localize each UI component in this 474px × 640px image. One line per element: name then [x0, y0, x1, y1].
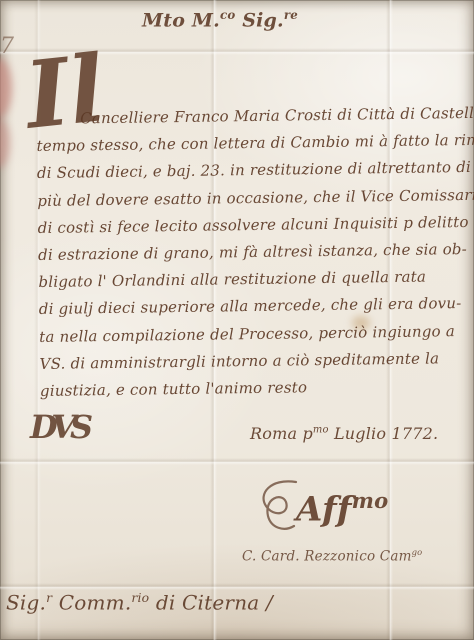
salutation-part: Mto	[142, 9, 185, 31]
signature-flourish-icon	[250, 476, 302, 536]
dateline: Roma pmo Luglio 1772.	[250, 424, 438, 443]
stray-ink-mark: 7	[0, 34, 14, 59]
dateline-part: Luglio 1772.	[329, 424, 439, 443]
dateline-part: Roma p	[250, 424, 313, 443]
salutation: Mto M.co Sig.re	[142, 8, 298, 31]
salutation-part: Sig.	[235, 9, 283, 31]
letter-body: Cancelliere Franco Maria Crosti di Città…	[36, 100, 470, 405]
letter-photo: 7 Mto M.co Sig.re Il Cancelliere Franco …	[0, 0, 474, 640]
valediction: Affmo	[296, 488, 388, 529]
address-line: Sig.r Comm.rio di Citerna /	[6, 590, 273, 615]
salutation-superscript: co	[220, 8, 235, 22]
address-part: Comm.	[52, 591, 131, 615]
signature-name: C. Card. Rezzonico Camgo	[242, 547, 422, 565]
salutation-superscript: re	[284, 8, 298, 22]
dateline-superscript: mo	[313, 425, 329, 436]
signature-name-superscript: go	[412, 547, 423, 557]
valediction-text: Aff	[296, 489, 352, 529]
address-superscript: rio	[131, 590, 149, 605]
signature-name-part: C. Card. Rezzonico Cam	[242, 549, 412, 565]
valediction-superscript: mo	[352, 488, 389, 513]
address-part: Sig.	[6, 591, 46, 615]
closing-monogram: DVS	[30, 408, 87, 446]
address-part: di Citerna /	[149, 591, 273, 615]
salutation-part: M.	[185, 9, 220, 31]
